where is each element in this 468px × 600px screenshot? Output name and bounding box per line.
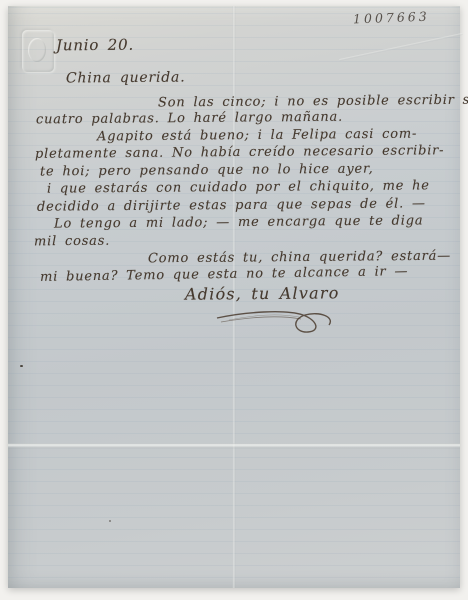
ink-speck [20,365,23,367]
letter-line: te hoi; pero pensando que no lo hice aye… [40,162,374,180]
fold-crease-horizontal [8,443,460,449]
letter-line: Lo tengo a mi lado; — me encarga que te … [54,213,423,231]
catalog-number: 1007663 [353,9,430,27]
letter-line: cuatro palabras. Lo haré largo mañana. [36,110,343,128]
letter-line: mi buena? Temo que esta no te alcance a … [40,264,408,285]
letter-line: mil cosas. [34,234,110,250]
date-line: Junio 20. [56,36,134,55]
letter-line: Son las cinco; i no es posible escribir … [158,93,468,111]
letter-line: decidido a dirijirte estas para que sepa… [37,196,426,214]
signature-flourish [215,304,341,334]
salutation: China querida. [66,69,186,86]
letter-line: Agapito está bueno; i la Felipa casi com… [97,127,417,145]
letter-page: 1007663 Junio 20. China querida. Son las… [8,6,460,588]
embossed-seal-icon [22,30,54,72]
signature-line: Adiós, tu Alvaro [185,283,340,303]
embossed-seal-center [28,38,46,62]
corner-crease [339,33,463,61]
ink-speck [109,520,111,522]
letter-line: i que estarás con cuidado por el chiquit… [47,178,430,196]
letter-line: pletamente sana. No había creído necesar… [35,143,444,162]
